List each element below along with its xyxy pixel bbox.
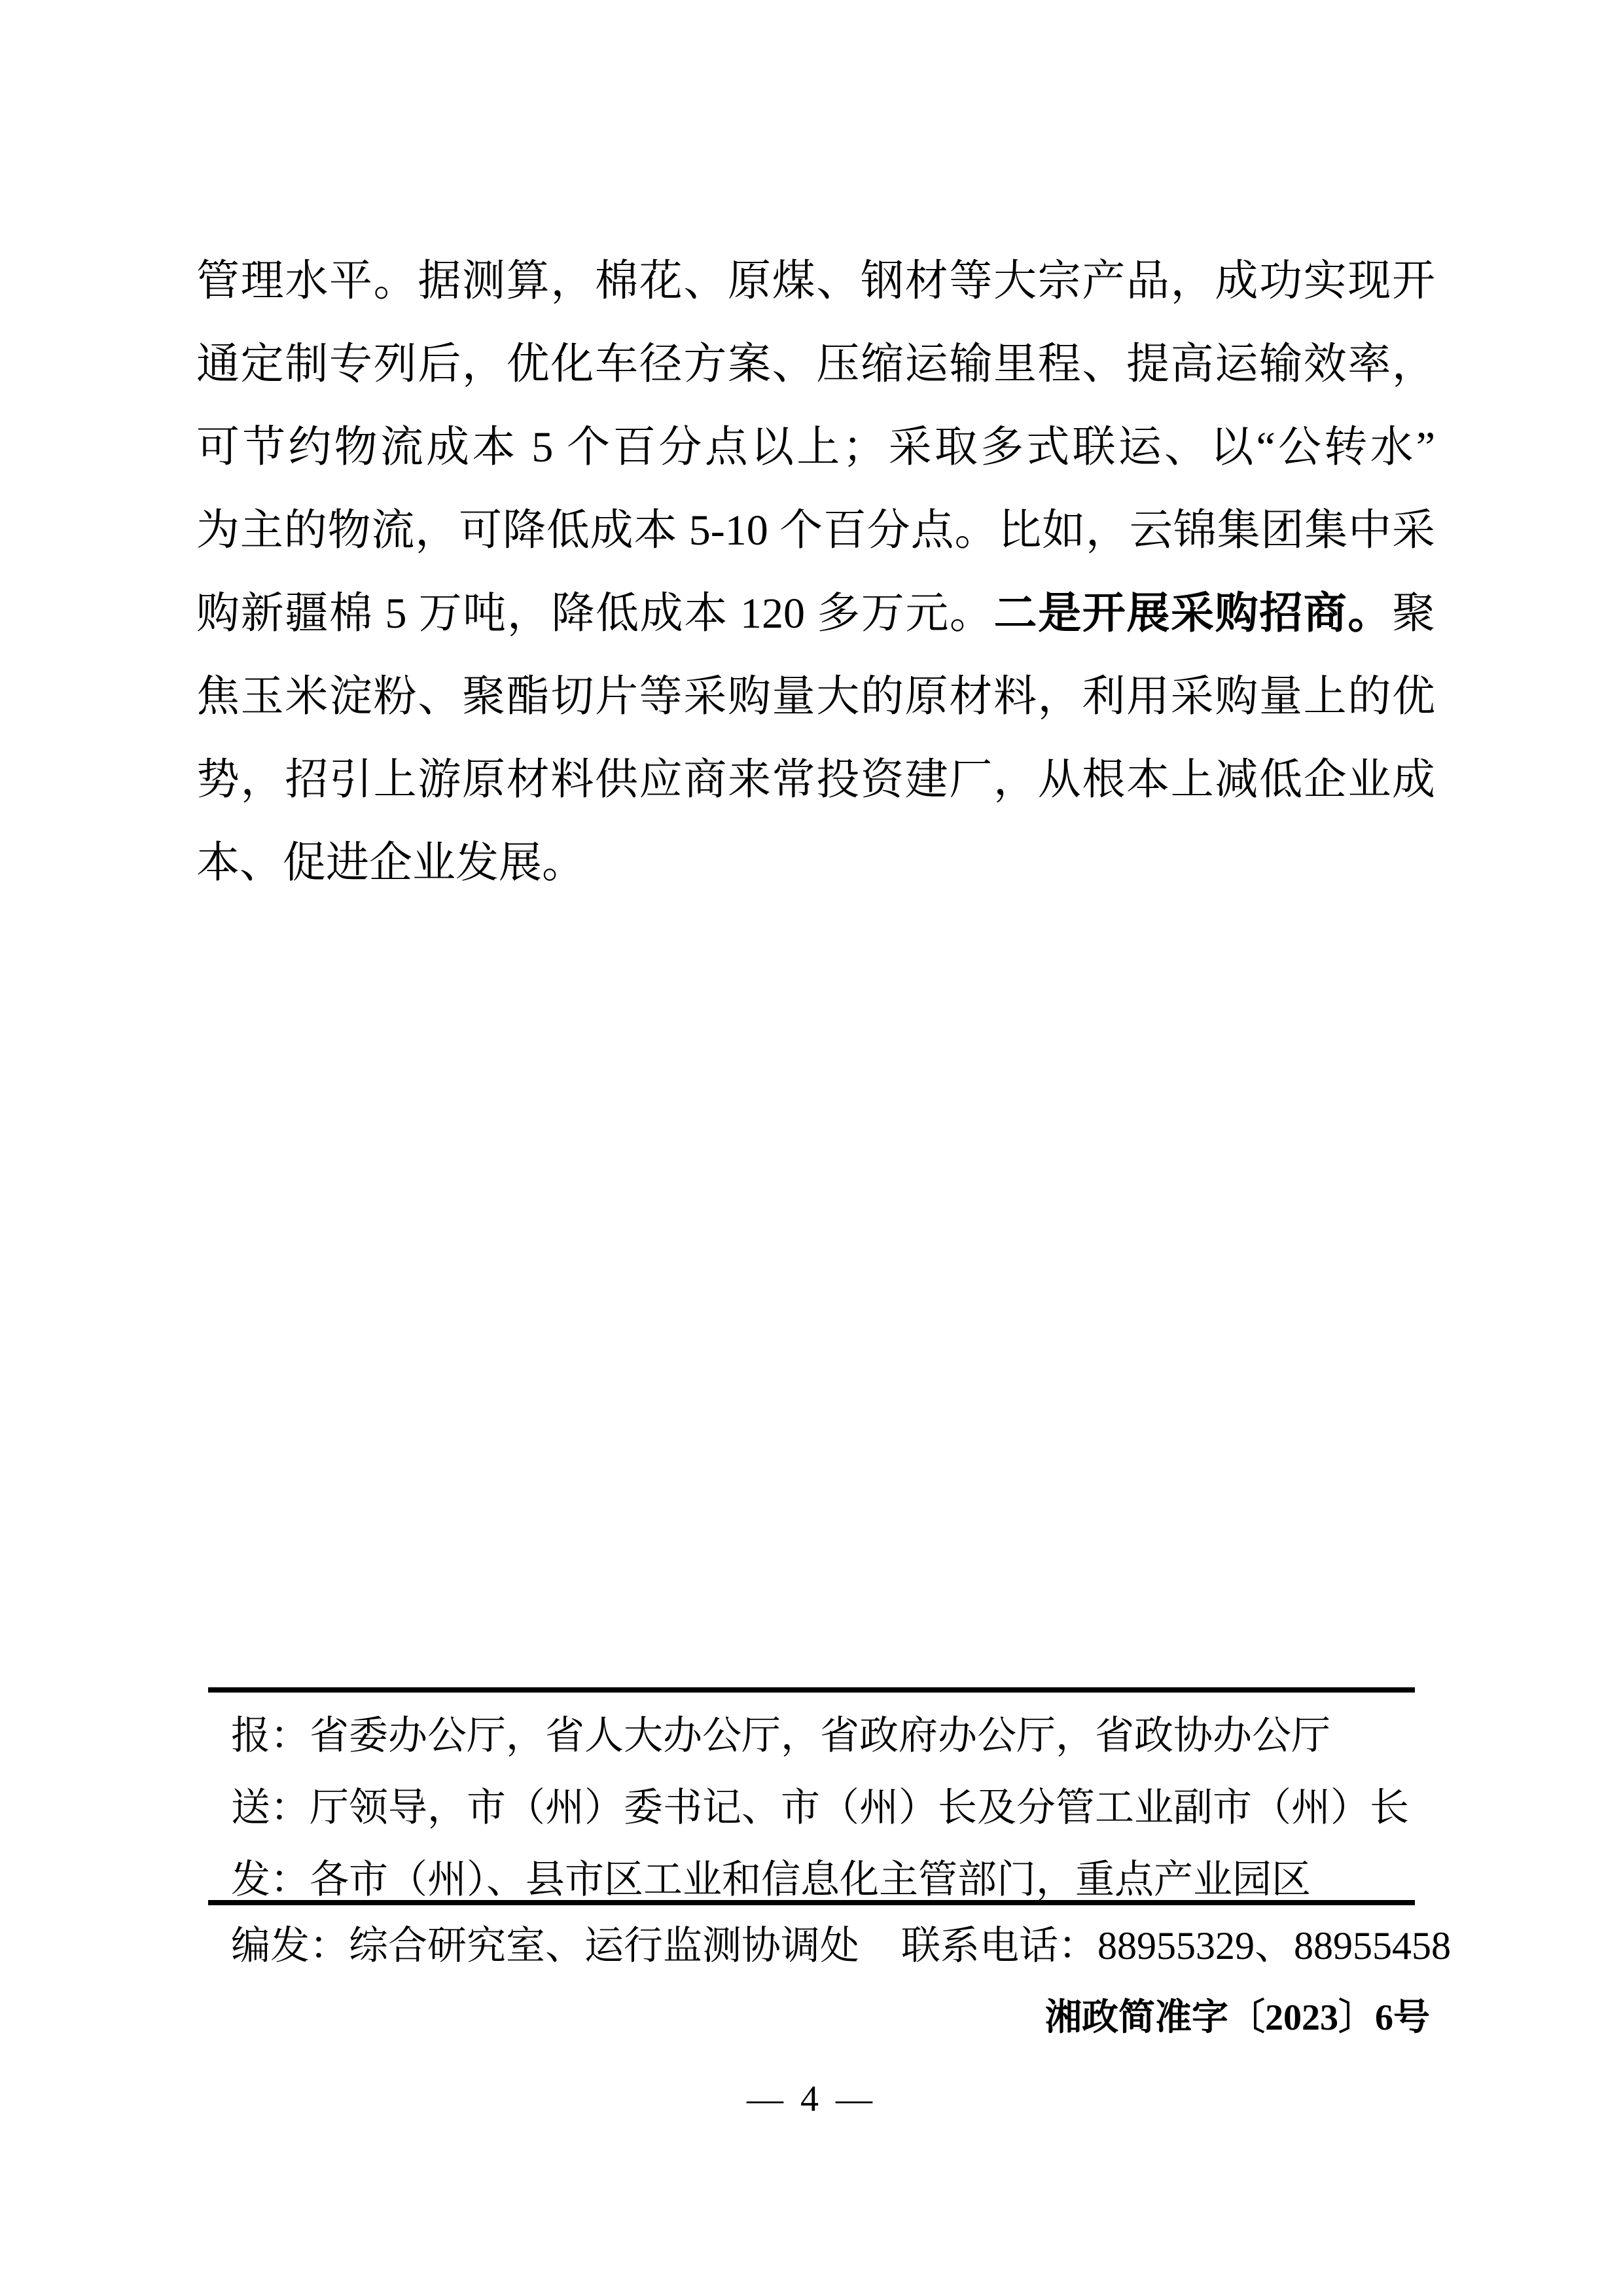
body-line: 为主的物流，可降低成本 5-10 个百分点。比如，云锦集团集中采 (196, 489, 1435, 572)
body-line: 管理水平。据测算，棉花、原煤、钢材等大宗产品，成功实现开 (196, 240, 1435, 323)
body-segment: 焦玉米淀粉、聚酯切片等采购量大的原材料，利用采购量上的优 (196, 673, 1435, 721)
distribution-content: 省委办公厅，省人大办公厅，省政府办公厅，省政协办公厅 (310, 1714, 1330, 1757)
footer-divider-top (208, 1687, 1415, 1693)
distribution-label: 发： (231, 1858, 310, 1901)
distribution-label: 送： (231, 1786, 310, 1829)
document-page: 管理水平。据测算，棉花、原煤、钢材等大宗产品，成功实现开通定制专列后，优化车径方… (0, 0, 1623, 2296)
body-paragraph: 管理水平。据测算，棉花、原煤、钢材等大宗产品，成功实现开通定制专列后，优化车径方… (196, 240, 1435, 905)
body-segment: 可节约物流成本 5 个百分点以上；采取多式联运、以“公转水” (196, 423, 1435, 471)
body-segment: 势，招引上游原材料供应商来常投资建厂，从根本上减低企业成 (196, 756, 1435, 804)
contact-phone: 联系电话：88955329、88955458 (901, 1924, 1451, 1967)
body-segment: 通定制专列后，优化车径方案、压缩运输里程、提高运输效率， (196, 340, 1435, 388)
body-line: 势，招引上游原材料供应商来常投资建厂，从根本上减低企业成 (196, 738, 1435, 821)
body-segment: 为主的物流，可降低成本 5-10 个百分点。比如，云锦集团集中采 (196, 507, 1435, 554)
document-number: 湘政简准字〔2023〕6号 (1045, 1996, 1430, 2039)
editor-contact-line: 编发：综合研究室、运行监测协调处联系电话：88955329、88955458 (231, 1923, 1451, 1969)
distribution-content: 厅领导，市（州）委书记、市（州）长及分管工业副市（州）长 (310, 1786, 1409, 1829)
footer-divider-bottom (208, 1900, 1415, 1905)
distribution-label: 报： (231, 1714, 310, 1757)
body-line: 本、促进企业发展。 (196, 821, 1435, 905)
distribution-content: 各市（州）、县市区工业和信息化主管部门，重点产业园区 (310, 1858, 1311, 1901)
body-segment: 本、促进企业发展。 (196, 839, 585, 887)
body-segment: 购新疆棉 5 万吨，降低成本 120 多万元。 (196, 590, 994, 637)
distribution-block: 报：省委办公厅，省人大办公厅，省政府办公厅，省政协办公厅送：厅领导，市（州）委书… (231, 1700, 1409, 1916)
body-segment: 聚 (1392, 590, 1435, 637)
body-line: 可节约物流成本 5 个百分点以上；采取多式联运、以“公转水” (196, 406, 1435, 489)
body-line: 购新疆棉 5 万吨，降低成本 120 多万元。二是开展采购招商。聚 (196, 572, 1435, 655)
distribution-row: 送：厅领导，市（州）委书记、市（州）长及分管工业副市（州）长 (231, 1772, 1409, 1844)
body-line: 焦玉米淀粉、聚酯切片等采购量大的原材料，利用采购量上的优 (196, 655, 1435, 738)
body-segment: 管理水平。据测算，棉花、原煤、钢材等大宗产品，成功实现开 (196, 257, 1435, 305)
distribution-row: 报：省委办公厅，省人大办公厅，省政府办公厅，省政协办公厅 (231, 1700, 1409, 1772)
page-number: — 4 — (747, 2079, 876, 2119)
body-line: 通定制专列后，优化车径方案、压缩运输里程、提高运输效率， (196, 323, 1435, 406)
body-bold-segment: 二是开展采购招商。 (994, 590, 1392, 637)
editor-departments: 编发：综合研究室、运行监测协调处 (231, 1924, 859, 1967)
page-number-row: — 4 — (0, 2079, 1623, 2119)
